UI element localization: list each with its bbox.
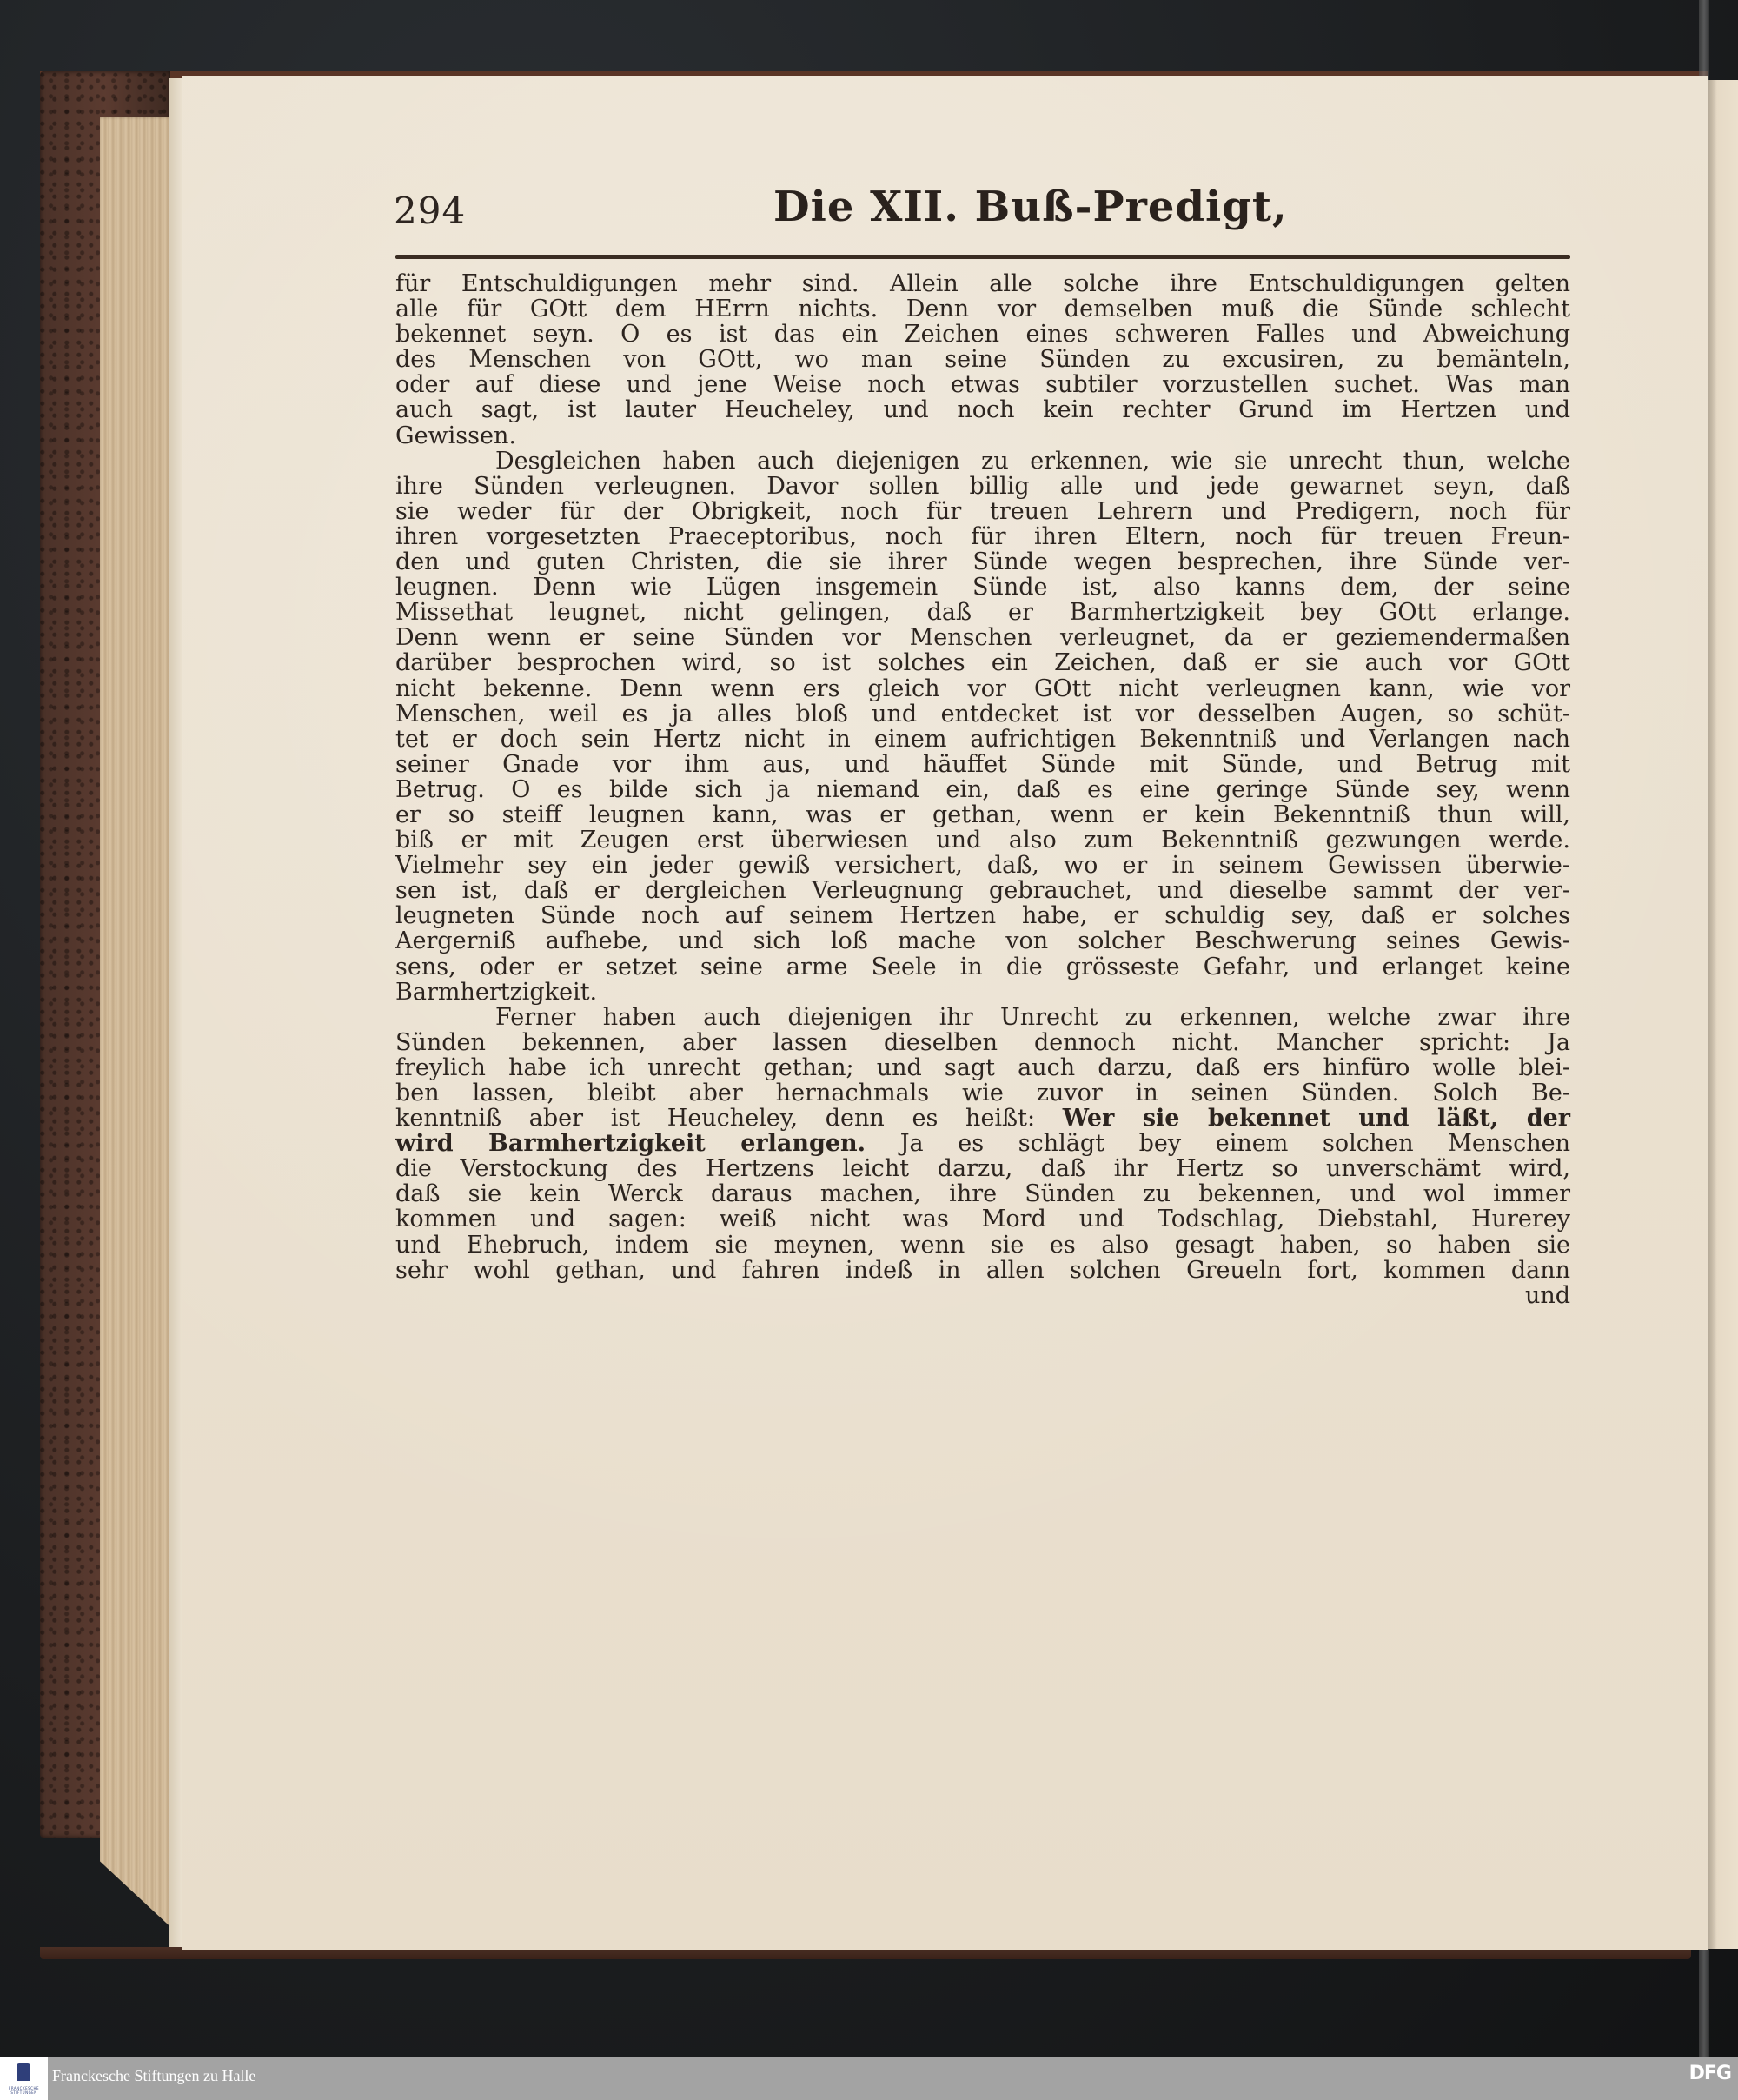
text-line: biß er mit Zeugen erst überwiesen und al…: [395, 827, 1570, 853]
text-line: ihre Sünden verleugnen. Davor sollen bil…: [395, 474, 1570, 499]
text-line: darüber besprochen wird, so ist solches …: [395, 650, 1570, 675]
text-line: kommen und sagen: weiß nicht was Mord un…: [395, 1206, 1570, 1232]
text-line-with-quote: kenntniß aber ist Heucheley, denn es hei…: [395, 1106, 1570, 1131]
text-segment: Ja es schlägt bey einem solchen Menschen: [866, 1130, 1570, 1157]
footer-bar: FRANCKESCHE STIFTUNGEN Franckesche Stift…: [0, 2057, 1738, 2100]
text-line: er so steiff leugnen kann, was er gethan…: [395, 802, 1570, 827]
text-line: sens, oder er setzet seine arme Seele in…: [395, 954, 1570, 980]
page-block-edges: [100, 117, 178, 1934]
header-rule: [395, 255, 1570, 259]
text-line: Missethat leugnet, nicht gelingen, daß e…: [395, 600, 1570, 625]
text-line: Denn wenn er seine Sünden vor Menschen v…: [395, 625, 1570, 650]
text-line: Aergerniß aufhebe, und sich loß mache vo…: [395, 928, 1570, 954]
facing-page-edge: [1708, 80, 1738, 1949]
running-title: Die XII. Buß-Predigt,: [773, 183, 1288, 231]
text-line: ben lassen, bleibt aber hernachmals wie …: [395, 1080, 1570, 1106]
text-line: des Menschen von GOtt, wo man seine Sünd…: [395, 347, 1570, 372]
text-line: leugneten Sünde noch auf seinem Hertzen …: [395, 903, 1570, 928]
text-line: seiner Gnade vor ihm aus, und häuffet Sü…: [395, 752, 1570, 777]
text-line-with-quote: wird Barmhertzigkeit erlangen. Ja es sch…: [395, 1131, 1570, 1156]
text-line: auch sagt, ist lauter Heucheley, und noc…: [395, 397, 1570, 422]
catchword: und: [395, 1283, 1570, 1308]
text-line: Vielmehr sey ein jeder gewiß versichert,…: [395, 853, 1570, 878]
logo-figure-icon: [17, 2063, 30, 2081]
text-line: sen ist, daß er dergleichen Verleugnung …: [395, 878, 1570, 903]
text-line: die Verstockung des Hertzens leicht darz…: [395, 1156, 1570, 1181]
text-line: alle für GOtt dem HErrn nichts. Denn vor…: [395, 296, 1570, 322]
text-line: Sünden bekennen, aber lassen dieselben d…: [395, 1030, 1570, 1055]
logo-text-line: STIFTUNGEN: [2, 2090, 46, 2095]
institution-name: Franckesche Stiftungen zu Halle: [52, 2067, 255, 2085]
bible-quote: wird Barmhertzigkeit erlangen.: [395, 1130, 866, 1157]
text-line: Gewissen.: [395, 423, 1570, 449]
text-line: Betrug. O es bilde sich ja niemand ein, …: [395, 777, 1570, 802]
text-line: oder auf diese und jene Weise noch etwas…: [395, 372, 1570, 397]
paragraph-start: Desgleichen haben auch diejenigen zu erk…: [395, 449, 1570, 474]
body-text: für Entschuldigungen mehr sind. Allein a…: [395, 271, 1570, 1308]
text-line: daß sie kein Werck daraus machen, ihre S…: [395, 1181, 1570, 1206]
text-line: ihren vorgesetzten Praeceptoribus, noch …: [395, 524, 1570, 549]
text-line: Menschen, weil es ja alles bloß und entd…: [395, 701, 1570, 727]
text-line: sie weder für der Obrigkeit, noch für tr…: [395, 499, 1570, 524]
text-line: bekennet seyn. O es ist das ein Zeichen …: [395, 322, 1570, 347]
text-line: den und guten Christen, die sie ihrer Sü…: [395, 549, 1570, 575]
paragraph-start: Ferner haben auch diejenigen ihr Unrecht…: [395, 1005, 1570, 1030]
text-line: freylich habe ich unrecht gethan; und sa…: [395, 1055, 1570, 1080]
text-line: nicht bekenne. Denn wenn ers gleich vor …: [395, 676, 1570, 701]
institution-logo: FRANCKESCHE STIFTUNGEN: [0, 2057, 48, 2100]
bible-quote: Wer sie bekennet und läßt, der: [1063, 1105, 1570, 1132]
text-line: für Entschuldigungen mehr sind. Allein a…: [395, 271, 1570, 296]
page-number: 294: [394, 189, 466, 232]
text-line: Barmhertzigkeit.: [395, 980, 1570, 1005]
text-line: tet er doch sein Hertz nicht in einem au…: [395, 727, 1570, 752]
text-line: leugnen. Denn wie Lügen insgemein Sünde …: [395, 575, 1570, 600]
text-line: sehr wohl gethan, und fahren indeß in al…: [395, 1258, 1570, 1283]
text-segment: kenntniß aber ist Heucheley, denn es hei…: [395, 1105, 1035, 1132]
page-gutter: [169, 78, 183, 1947]
text-line: und Ehebruch, indem sie meynen, wenn sie…: [395, 1233, 1570, 1258]
dfg-logo: DFG: [1689, 2063, 1731, 2084]
